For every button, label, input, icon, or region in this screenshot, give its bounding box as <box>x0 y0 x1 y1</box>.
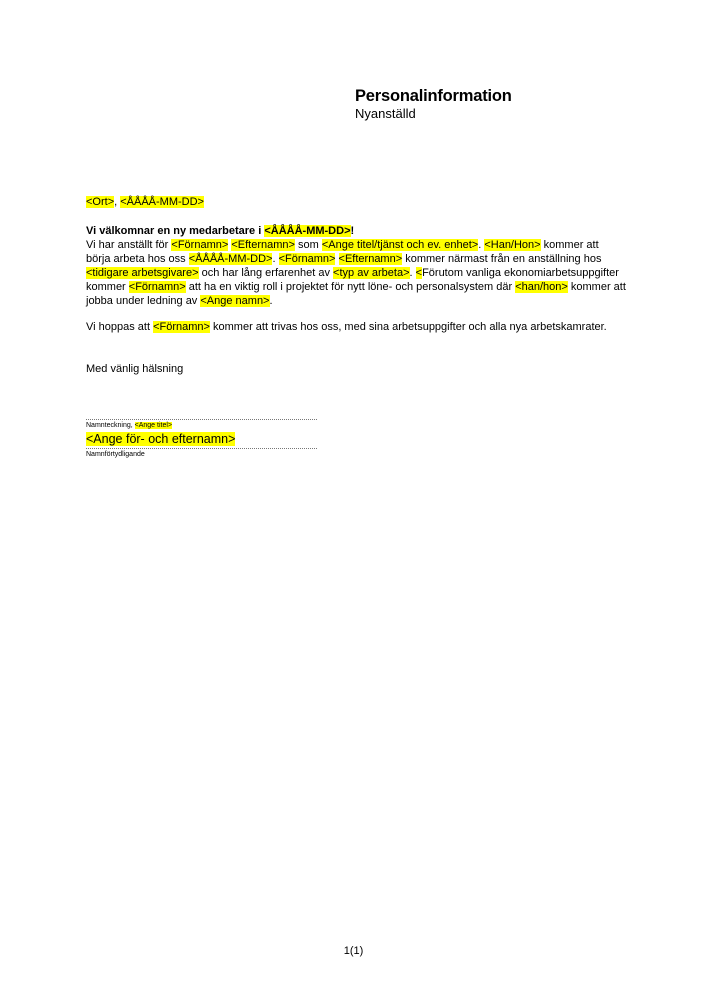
pronoun-field[interactable]: <han/hon> <box>515 281 568 293</box>
start-date-field[interactable]: <ÅÅÅÅ-MM-DD> <box>264 225 350 237</box>
welcome-body: Vi har anställt för <Förnamn> <Efternamn… <box>86 239 626 309</box>
signer-name-block: <Ange för- och efternamn> <box>86 432 235 447</box>
name-clarification-label: Namnförtydligande <box>86 450 145 459</box>
pronoun-field[interactable]: <Han/Hon> <box>484 239 540 251</box>
document-title: Personalinformation <box>355 86 512 106</box>
previous-employer-field[interactable]: <tidigare arbetsgivare> <box>86 267 199 279</box>
hope-paragraph: Vi hoppas att <Förnamn> kommer att triva… <box>86 321 626 335</box>
firstname-field[interactable]: <Förnamn> <box>279 253 336 265</box>
document-subtitle: Nyanställd <box>355 106 512 122</box>
closing-greeting: Med vänlig hälsning <box>86 363 183 375</box>
signature-label: Namnteckning, <Ange titel> <box>86 421 172 430</box>
lastname-field[interactable]: <Efternamn> <box>339 253 403 265</box>
firstname-field[interactable]: <Förnamn> <box>171 239 228 251</box>
signature-line <box>86 419 317 420</box>
document-header: Personalinformation Nyanställd <box>355 86 512 122</box>
signer-name-field[interactable]: <Ange för- och efternamn> <box>86 432 235 446</box>
work-type-field[interactable]: <typ av arbeta> <box>333 267 409 279</box>
manager-name-field[interactable]: <Ange namn> <box>200 295 269 307</box>
firstname-field[interactable]: <Förnamn> <box>153 321 210 333</box>
welcome-heading: Vi välkomnar en ny medarbetare i <ÅÅÅÅ-M… <box>86 225 626 239</box>
page-number: 1(1) <box>0 945 707 957</box>
title-field[interactable]: <Ange titel/tjänst och ev. enhet> <box>322 239 478 251</box>
lastname-field[interactable]: <Efternamn> <box>231 239 295 251</box>
start-date-field[interactable]: <ÅÅÅÅ-MM-DD> <box>189 253 273 265</box>
signer-title-field[interactable]: <Ange titel> <box>135 422 172 429</box>
place-field[interactable]: <Ort> <box>86 196 114 208</box>
firstname-field[interactable]: <Förnamn> <box>129 281 186 293</box>
name-clarification-line <box>86 448 317 449</box>
date-field[interactable]: <ÅÅÅÅ-MM-DD> <box>120 196 204 208</box>
welcome-paragraph: Vi välkomnar en ny medarbetare i <ÅÅÅÅ-M… <box>86 225 626 308</box>
place-date-line: <Ort>, <ÅÅÅÅ-MM-DD> <box>86 196 204 208</box>
